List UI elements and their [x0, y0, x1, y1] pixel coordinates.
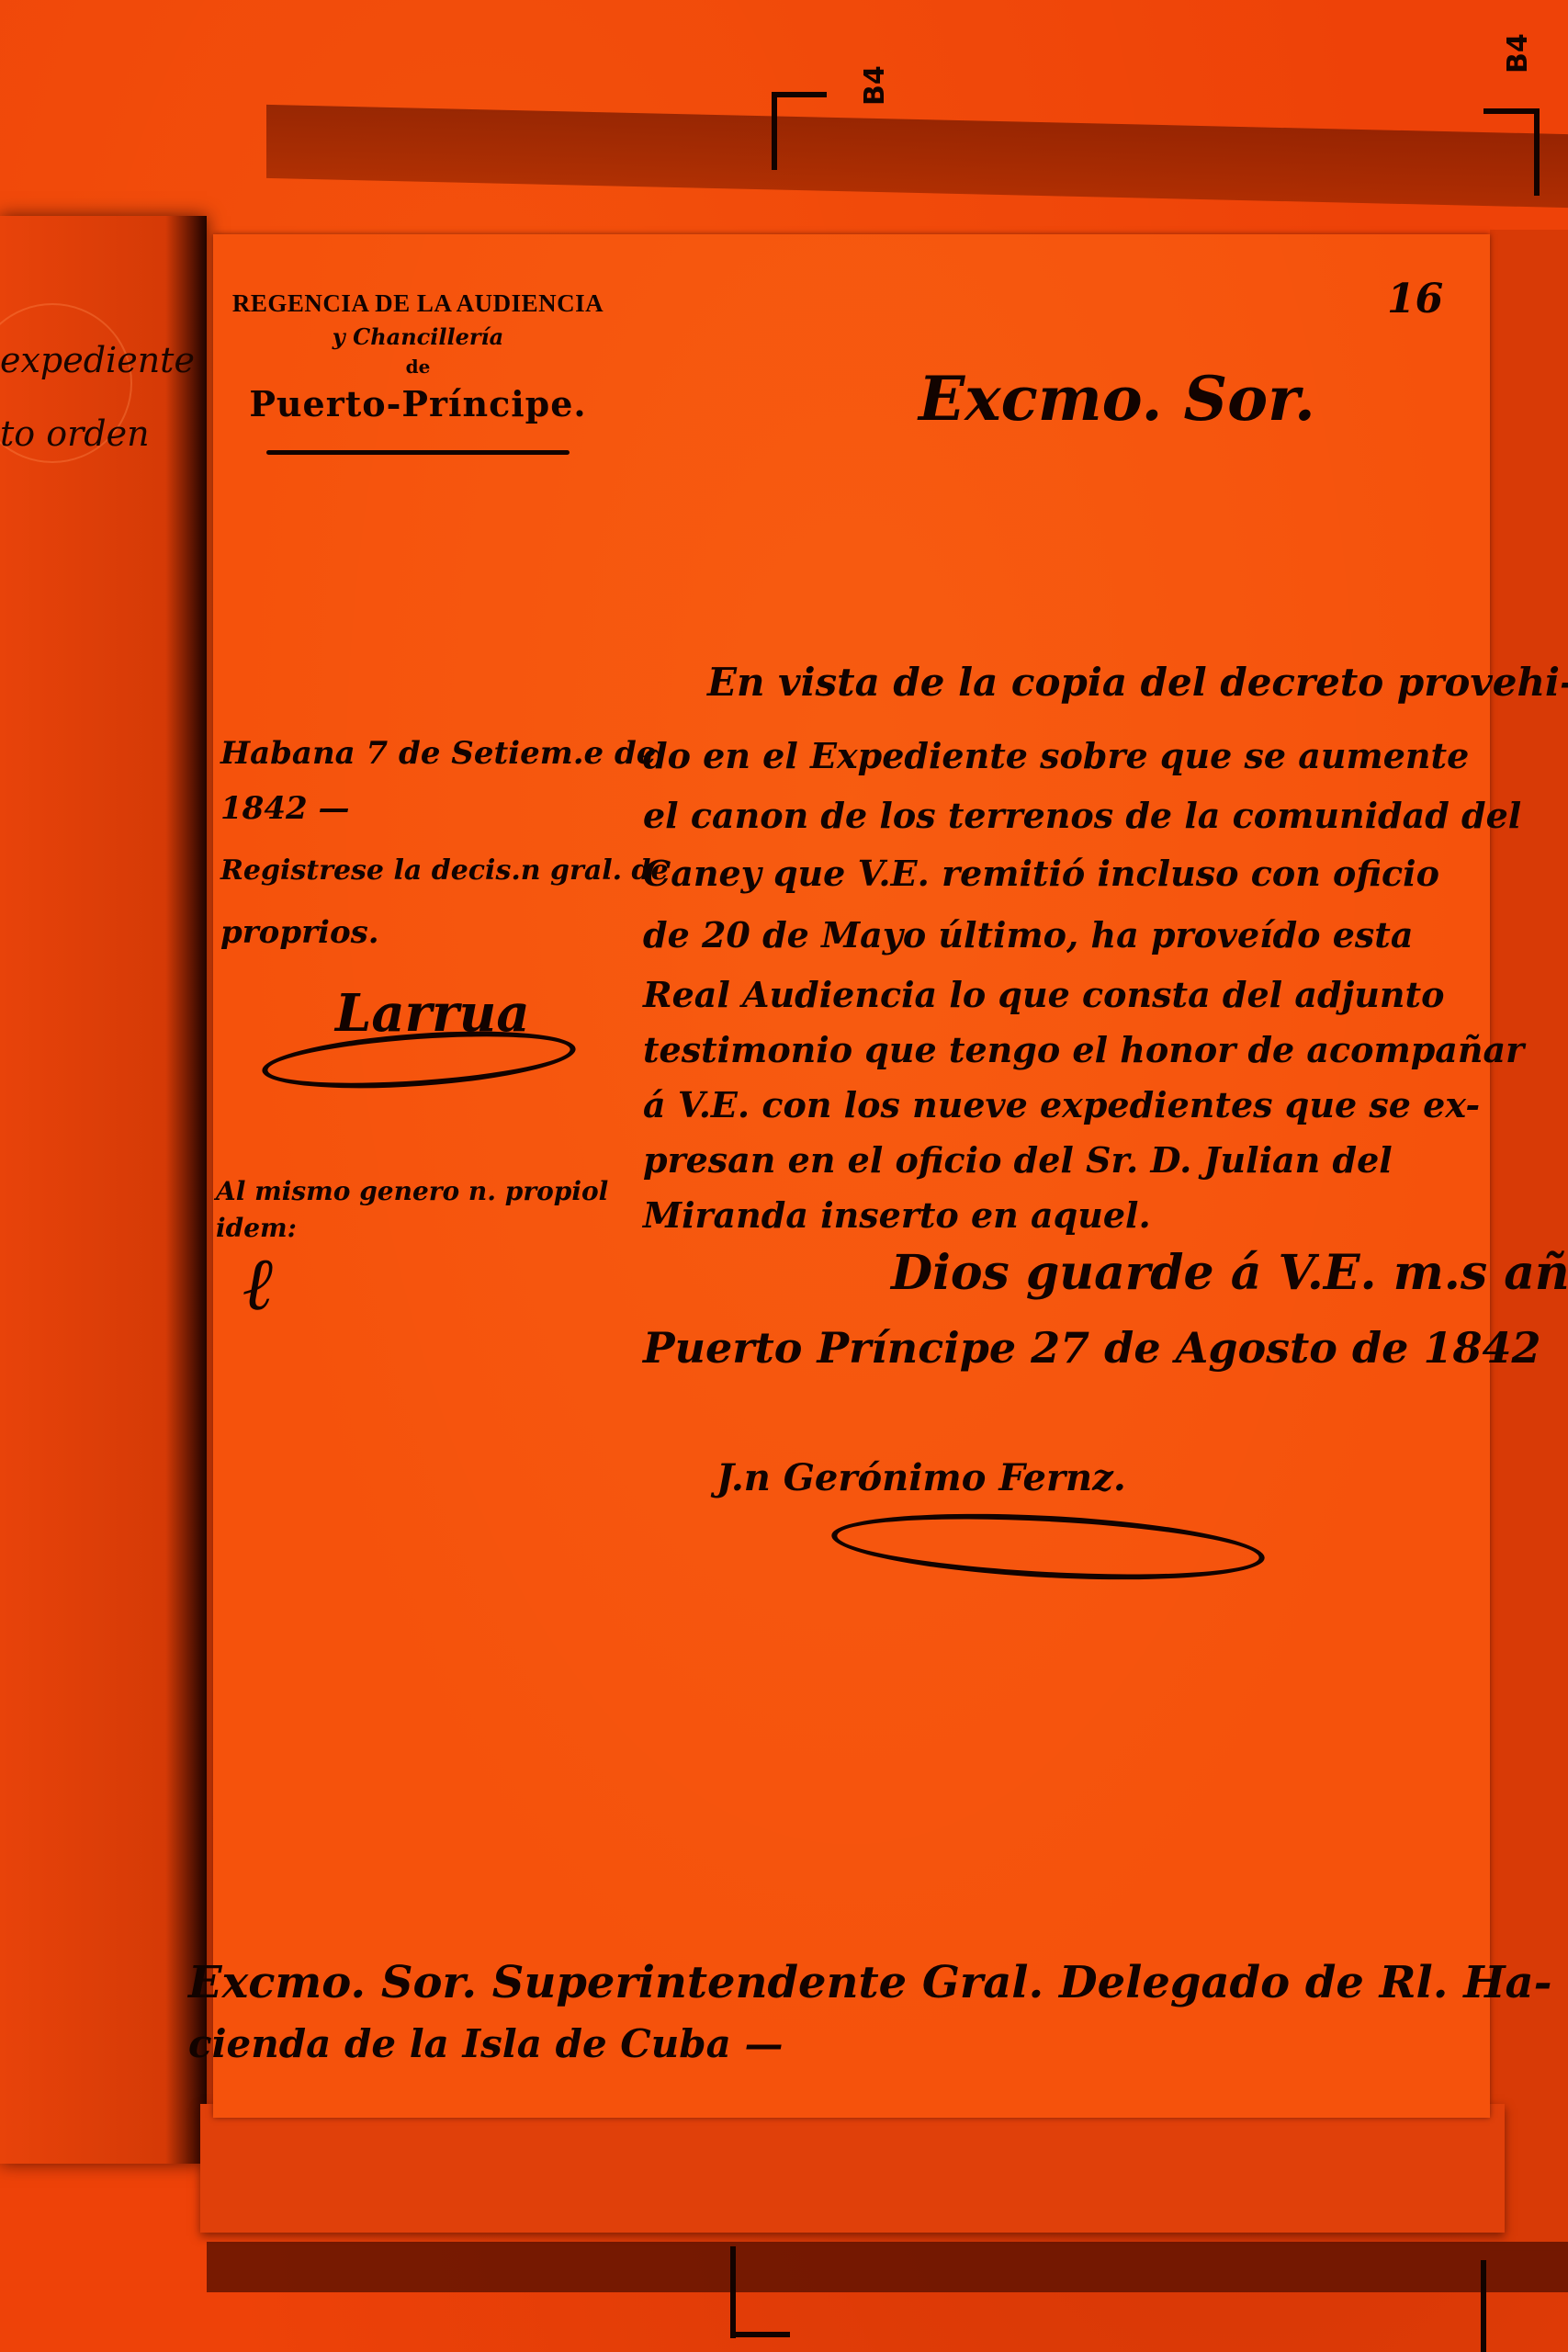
body-line-6: Real Audiencia lo que consta del adjunto: [643, 974, 1444, 1015]
margin-rubric: ℓ: [243, 1240, 275, 1328]
margin-note-line-1: Habana 7 de Setiem.e de: [220, 735, 656, 772]
letterhead-line-2: y Chancillería: [225, 323, 611, 350]
addressee-line-2: cienda de la Isla de Cuba —: [188, 2021, 783, 2066]
body-line-8: á V.E. con los nueve expedientes que se …: [643, 1084, 1480, 1125]
body-line-5: de 20 de Mayo último, ha proveído esta: [643, 914, 1413, 955]
margin-note-2-line-2: idem:: [216, 1213, 297, 1243]
signer-signature: J.n Gerónimo Fernz.: [716, 1456, 1126, 1499]
body-line-9: presan en el oficio del Sr. D. Julian de…: [643, 1139, 1393, 1181]
body-line-10: Miranda inserto en aquel.: [643, 1194, 1151, 1236]
body-line-3: el canon de los terrenos de la comunidad…: [643, 795, 1521, 836]
underlying-sheet-edge: [1490, 230, 1568, 2251]
body-line-7: testimonio que tengo el honor de acompañ…: [643, 1029, 1524, 1070]
folio-note-2: to orden: [0, 413, 150, 454]
letterhead-line-4: Puerto-Príncipe.: [225, 383, 611, 424]
body-line-1: En vista de la copia del decreto provehi…: [707, 660, 1568, 705]
crop-mark-bl-vertical: [730, 2246, 736, 2338]
crop-mark-tr-vertical: [1534, 108, 1540, 196]
addressee-line-1: Excmo. Sor. Superintendente Gral. Delega…: [188, 1957, 1552, 2008]
crop-label-left: B4: [859, 65, 891, 106]
margin-note-line-3: Registrese la decis.n gral. de: [220, 854, 669, 887]
crop-label-right: B4: [1502, 33, 1534, 73]
letterhead-line-1: REGENCIA DE LA AUDIENCIA: [225, 289, 611, 318]
bottom-shadow-band: [207, 2242, 1568, 2292]
folio-note-1: expediente: [0, 340, 195, 380]
adjacent-folio: expediente to orden: [0, 216, 207, 2164]
underlying-sheet: [200, 2104, 1505, 2233]
crop-mark-bl-horizontal: [730, 2332, 790, 2337]
margin-note-line-2: 1842 —: [220, 790, 349, 827]
letterhead: REGENCIA DE LA AUDIENCIA y Chancillería …: [225, 289, 611, 455]
closing-formula: Dios guarde á V.E. m.s años: [891, 1245, 1568, 1301]
crop-mark-br-vertical: [1481, 2260, 1486, 2352]
letterhead-line-3: de: [225, 356, 611, 378]
crop-mark-tl-vertical: [772, 92, 777, 170]
margin-note-2-line-1: Al mismo genero n. propiol: [216, 1176, 608, 1206]
letterhead-rule: [266, 450, 570, 455]
margin-note-line-4: proprios.: [220, 914, 379, 951]
crop-mark-tl-horizontal: [772, 92, 827, 97]
salutation: Excmo. Sor.: [919, 363, 1315, 435]
place-and-date: Puerto Príncipe 27 de Agosto de 1842: [643, 1323, 1540, 1373]
body-line-4: Caney que V.E. remitió incluso con ofici…: [643, 853, 1439, 894]
folio-number: 16: [1387, 276, 1443, 322]
body-line-2: do en el Expediente sobre que se aumente: [643, 735, 1469, 776]
crop-mark-tr-horizontal: [1483, 108, 1539, 114]
